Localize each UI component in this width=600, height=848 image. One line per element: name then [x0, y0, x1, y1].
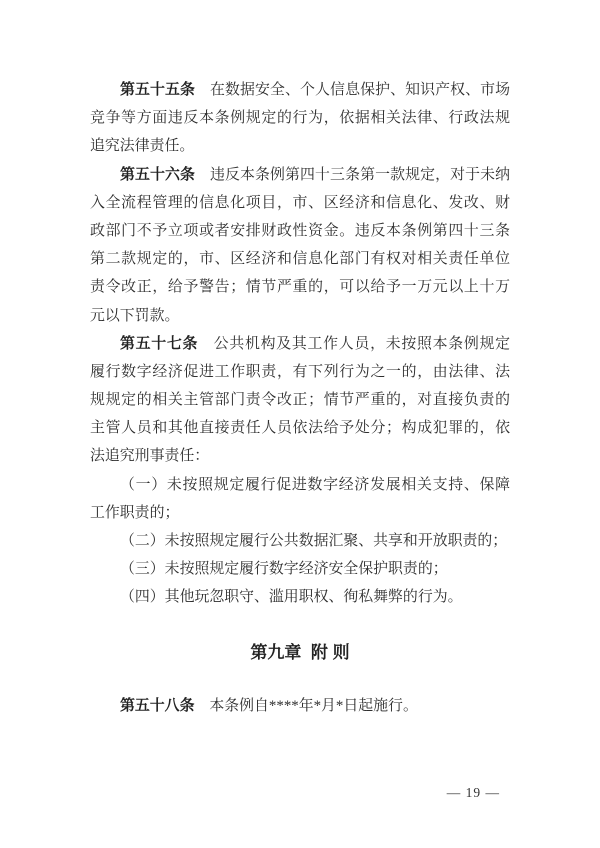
item-1-text: 工作职责的； [90, 505, 179, 521]
article-56-line-5: 责令改正，给予警告；情节严重的，可以给予一万元以上十万 [90, 273, 510, 301]
item-2-line-1: （二）未按照规定履行公共数据汇聚、共享和开放职责的； [90, 527, 510, 555]
article-55-line-3: 追究法律责任。 [90, 132, 510, 160]
article-57-line-5: 法追究刑事责任： [90, 442, 510, 470]
item-4-line-1: （四）其他玩忽职守、滥用职权、徇私舞弊的行为。 [90, 583, 510, 611]
article-57-line-4: 主管人员和其他直接责任人员依法给予处分；构成犯罪的，依 [90, 414, 510, 442]
item-1-text: （一）未按照规定履行促进数字经济发展相关支持、保障 [120, 477, 510, 493]
document-body: 第五十五条 在数据安全、个人信息保护、知识产权、市场 竞争等方面违反本条例规定的… [90, 76, 510, 612]
article-56-text: 入全流程管理的信息化项目，市、区经济和信息化、发改、财 [90, 195, 510, 211]
article-56-text: 责令改正，给予警告；情节严重的，可以给予一万元以上十万 [90, 279, 510, 295]
article-56-line-2: 入全流程管理的信息化项目，市、区经济和信息化、发改、财 [90, 189, 510, 217]
item-3-line-1: （三）未按照规定履行数字经济安全保护职责的； [90, 555, 510, 583]
item-1-line-1: （一）未按照规定履行促进数字经济发展相关支持、保障 [90, 471, 510, 499]
article-57-line-1: 第五十七条 公共机构及其工作人员，未按照本条例规定 [90, 330, 510, 358]
page-number: — 19 — [447, 783, 500, 803]
article-57-line-2: 履行数字经济促进工作职责，有下列行为之一的，由法律、法 [90, 358, 510, 386]
article-58: 第五十八条 本条例自****年*月*日起施行。 [90, 692, 570, 720]
article-56-text: 违反本条例第四十三条第一款规定，对于未纳 [195, 167, 510, 183]
article-57-text: 法追究刑事责任： [90, 448, 209, 464]
article-56-text: 第二款规定的，市、区经济和信息化部门有权对相关责任单位 [90, 251, 510, 267]
item-2-text: （二）未按照规定履行公共数据汇聚、共享和开放职责的； [120, 533, 507, 549]
article-55-text: 追究法律责任。 [90, 138, 194, 154]
article-55-text: 竞争等方面违反本条例规定的行为，依据相关法律、行政法规 [90, 110, 510, 126]
article-55-text: 在数据安全、个人信息保护、知识产权、市场 [195, 82, 510, 98]
article-55-line-1: 第五十五条 在数据安全、个人信息保护、知识产权、市场 [90, 76, 510, 104]
article-56-number: 第五十六条 [120, 167, 195, 183]
article-56-line-6: 元以下罚款。 [90, 302, 510, 330]
article-58-number: 第五十八条 [120, 698, 194, 714]
article-58-line-1: 第五十八条 本条例自****年*月*日起施行。 [90, 692, 570, 720]
article-56-text: 元以下罚款。 [90, 308, 179, 324]
article-57-number: 第五十七条 [120, 336, 198, 352]
document-page: 第五十五条 在数据安全、个人信息保护、知识产权、市场 竞争等方面违反本条例规定的… [0, 0, 600, 848]
article-57-text: 主管人员和其他直接责任人员依法给予处分；构成犯罪的，依 [90, 420, 510, 436]
article-57-text: 公共机构及其工作人员，未按照本条例规定 [198, 336, 510, 352]
article-58-text: 本条例自****年*月*日起施行。 [194, 698, 417, 714]
item-4-text: （四）其他玩忽职守、滥用职权、徇私舞弊的行为。 [120, 589, 463, 605]
chapter-9-heading: 第九章 附 则 [0, 639, 600, 667]
article-55-line-2: 竞争等方面违反本条例规定的行为，依据相关法律、行政法规 [90, 104, 510, 132]
article-57-text: 规规定的相关主管部门责令改正；情节严重的，对直接负责的 [90, 392, 510, 408]
item-1-line-2: 工作职责的； [90, 499, 510, 527]
article-56-text: 政部门不予立项或者安排财政性资金。违反本条例第四十三条 [90, 223, 510, 239]
article-55-number: 第五十五条 [120, 82, 195, 98]
article-56-line-1: 第五十六条 违反本条例第四十三条第一款规定，对于未纳 [90, 161, 510, 189]
article-57-text: 履行数字经济促进工作职责，有下列行为之一的，由法律、法 [90, 364, 510, 380]
article-56-line-3: 政部门不予立项或者安排财政性资金。违反本条例第四十三条 [90, 217, 510, 245]
article-56-line-4: 第二款规定的，市、区经济和信息化部门有权对相关责任单位 [90, 245, 510, 273]
article-57-line-3: 规规定的相关主管部门责令改正；情节严重的，对直接负责的 [90, 386, 510, 414]
item-3-text: （三）未按照规定履行数字经济安全保护职责的； [120, 561, 448, 577]
